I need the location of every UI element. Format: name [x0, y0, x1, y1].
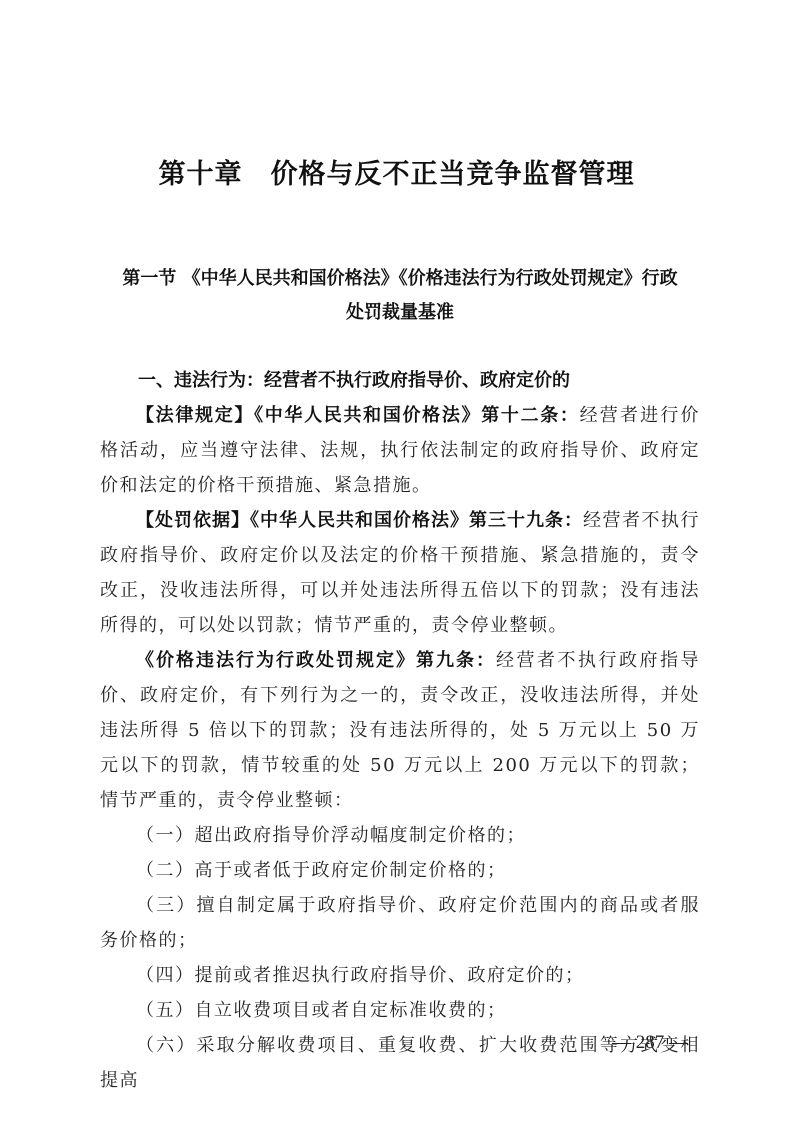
- paragraph-lead: 《价格违法行为行政处罚规定》第九条：: [136, 650, 496, 671]
- section-title-line2: 处罚裁量基准: [100, 296, 700, 330]
- page-number: — 287 —: [612, 1032, 688, 1054]
- list-item: （五）自立收费项目或者自定标准收费的；: [100, 993, 700, 1028]
- chapter-name: 价格与反不正当竞争监督管理: [271, 159, 635, 190]
- violation-heading: 一、违法行为：经营者不执行政府指导价、政府定价的: [138, 366, 570, 392]
- paragraph-lead: 【法律规定】《中华人民共和国价格法》第十二条：: [136, 405, 580, 426]
- paragraph-lead: 【处罚依据】《中华人民共和国价格法》第三十九条：: [136, 510, 583, 531]
- penalty-basis-paragraph: 【处罚依据】《中华人民共和国价格法》第三十九条：经营者不执行政府指导价、政府定价…: [100, 503, 700, 643]
- paragraph-text: 经营者不执行政府指导价、政府定价，有下列行为之一的，责令改正，没收违法所得，并处…: [100, 650, 700, 811]
- chapter-title: 第十章价格与反不正当竞争监督管理: [0, 152, 793, 191]
- section-title-line1: 第一节 《中华人民共和国价格法》《价格违法行为行政处罚规定》行政: [100, 262, 700, 296]
- regulation-paragraph: 《价格违法行为行政处罚规定》第九条：经营者不执行政府指导价、政府定价，有下列行为…: [100, 643, 700, 818]
- legal-provision-paragraph: 【法律规定】《中华人民共和国价格法》第十二条：经营者进行价格活动，应当遵守法律、…: [100, 398, 700, 503]
- body-content: 【法律规定】《中华人民共和国价格法》第十二条：经营者进行价格活动，应当遵守法律、…: [100, 398, 700, 1098]
- list-item: （一）超出政府指导价浮动幅度制定价格的；: [100, 818, 700, 853]
- chapter-number: 第十章: [159, 159, 243, 190]
- document-page: 第十章价格与反不正当竞争监督管理 第一节 《中华人民共和国价格法》《价格违法行为…: [0, 0, 793, 1122]
- list-item: （三）擅自制定属于政府指导价、政府定价范围内的商品或者服务价格的；: [100, 888, 700, 958]
- list-item: （四）提前或者推迟执行政府指导价、政府定价的；: [100, 958, 700, 993]
- section-title: 第一节 《中华人民共和国价格法》《价格违法行为行政处罚规定》行政 处罚裁量基准: [100, 262, 700, 330]
- list-item: （二）高于或者低于政府定价制定价格的；: [100, 853, 700, 888]
- list-item: （六）采取分解收费项目、重复收费、扩大收费范围等方式变相提高: [100, 1028, 700, 1098]
